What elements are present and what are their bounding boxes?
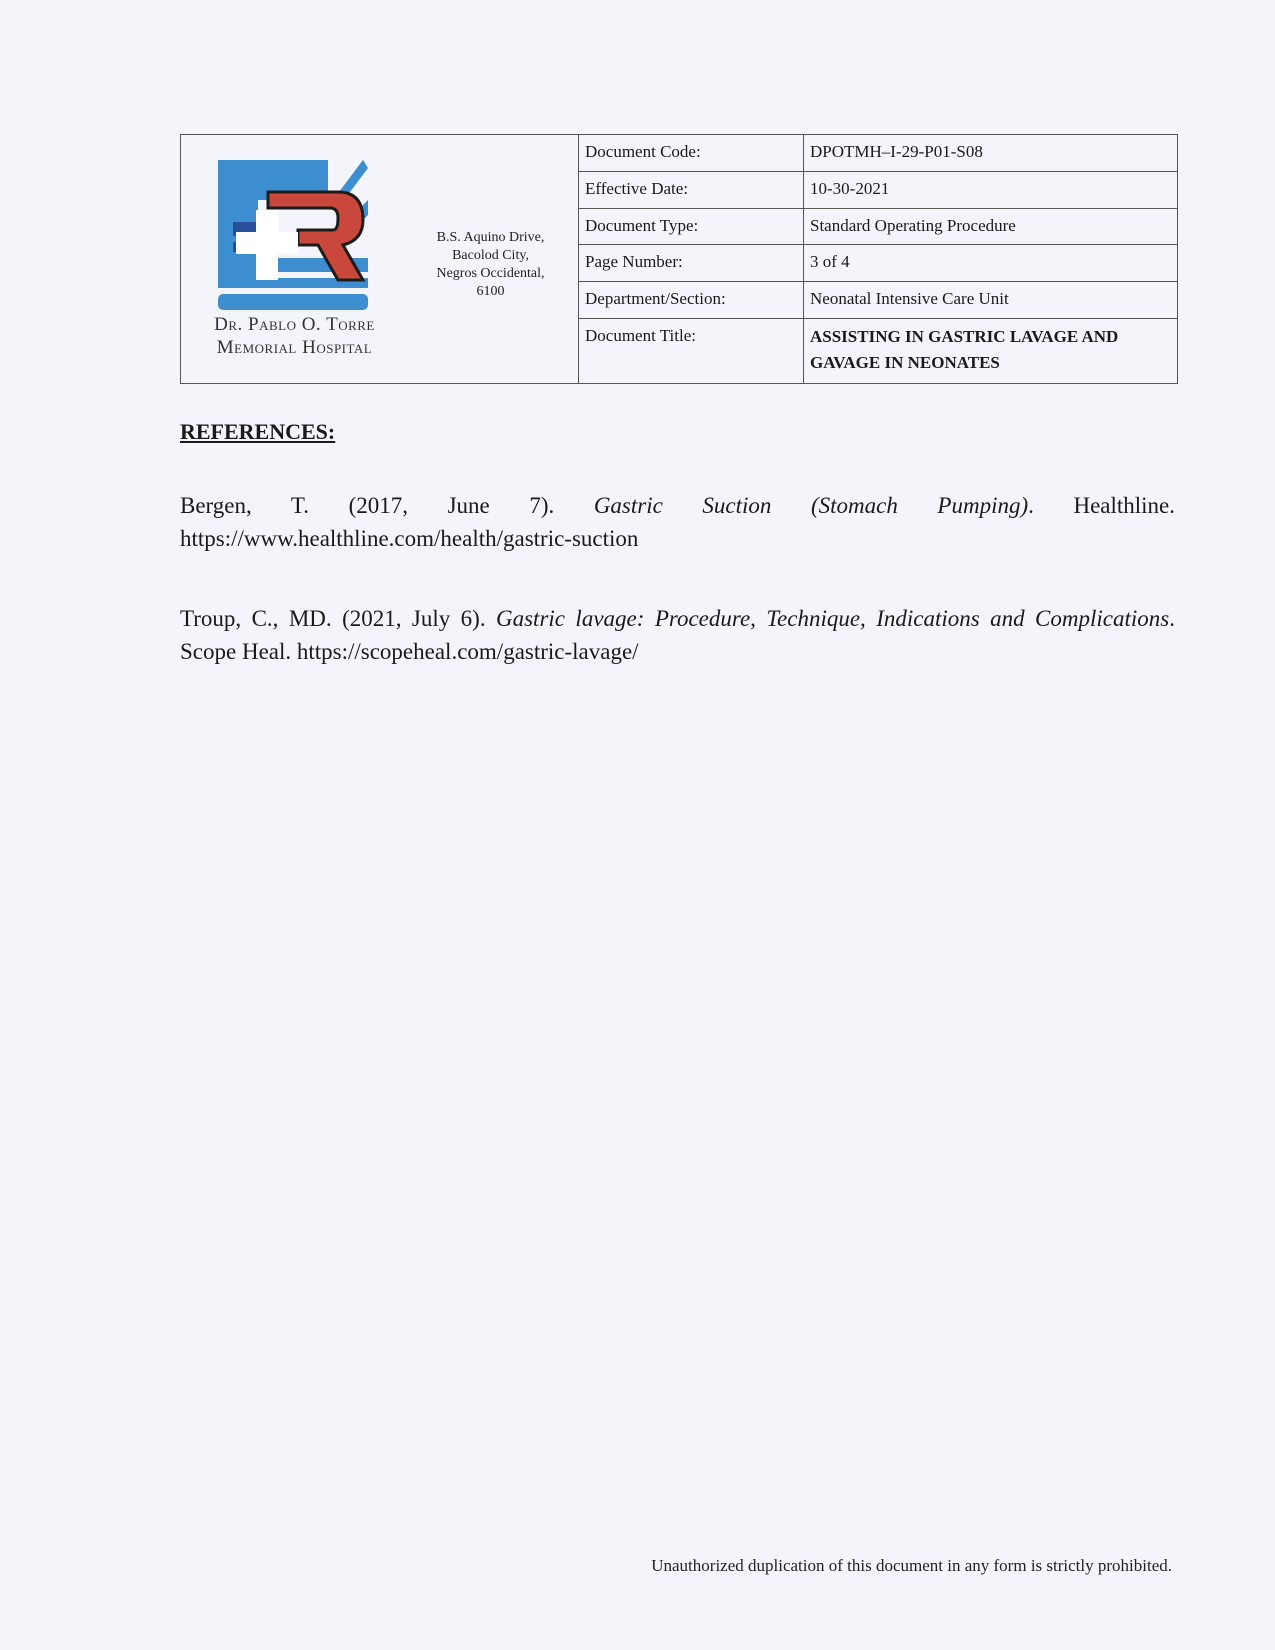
document-header-table: Dr. Pablo O. Torre Memorial Hospital B.S… [180, 134, 1178, 384]
field-label: Page Number: [579, 245, 804, 281]
field-label: Document Title: [579, 319, 804, 383]
field-label: Department/Section: [579, 282, 804, 318]
page-number-row: Page Number: 3 of 4 [579, 245, 1177, 282]
effective-date-value: 10-30-2021 [804, 172, 1177, 208]
reference-title: Gastric lavage: Procedure, Technique, In… [496, 606, 1169, 631]
hospital-address: B.S. Aquino Drive, Bacolod City, Negros … [408, 229, 573, 301]
reference-item: Bergen, T. (2017, June 7). Gastric Sucti… [180, 489, 1175, 555]
document-title-row: Document Title: ASSISTING IN GASTRIC LAV… [579, 319, 1177, 383]
footer-notice: Unauthorized duplication of this documen… [651, 1556, 1172, 1576]
document-code-value: DPOTMH–I-29-P01-S08 [804, 135, 1177, 171]
reference-title: Gastric Suction (Stomach Pumping) [594, 493, 1028, 518]
hospital-logo-icon [218, 160, 378, 312]
page-number-value: 3 of 4 [804, 245, 1177, 281]
document-type-row: Document Type: Standard Operating Proced… [579, 209, 1177, 246]
department-value: Neonatal Intensive Care Unit [804, 282, 1177, 318]
field-label: Document Code: [579, 135, 804, 171]
references-heading: REFERENCES: [180, 419, 335, 445]
logo-cell: Dr. Pablo O. Torre Memorial Hospital B.S… [181, 135, 579, 383]
document-code-row: Document Code: DPOTMH–I-29-P01-S08 [579, 135, 1177, 172]
field-label: Document Type: [579, 209, 804, 245]
department-row: Department/Section: Neonatal Intensive C… [579, 282, 1177, 319]
reference-item: Troup, C., MD. (2021, July 6). Gastric l… [180, 602, 1175, 668]
effective-date-row: Effective Date: 10-30-2021 [579, 172, 1177, 209]
document-info-grid: Document Code: DPOTMH–I-29-P01-S08 Effec… [579, 135, 1177, 383]
document-type-value: Standard Operating Procedure [804, 209, 1177, 245]
document-title-value: ASSISTING IN GASTRIC LAVAGE AND GAVAGE I… [804, 319, 1177, 383]
field-label: Effective Date: [579, 172, 804, 208]
hospital-name: Dr. Pablo O. Torre Memorial Hospital [181, 313, 408, 359]
